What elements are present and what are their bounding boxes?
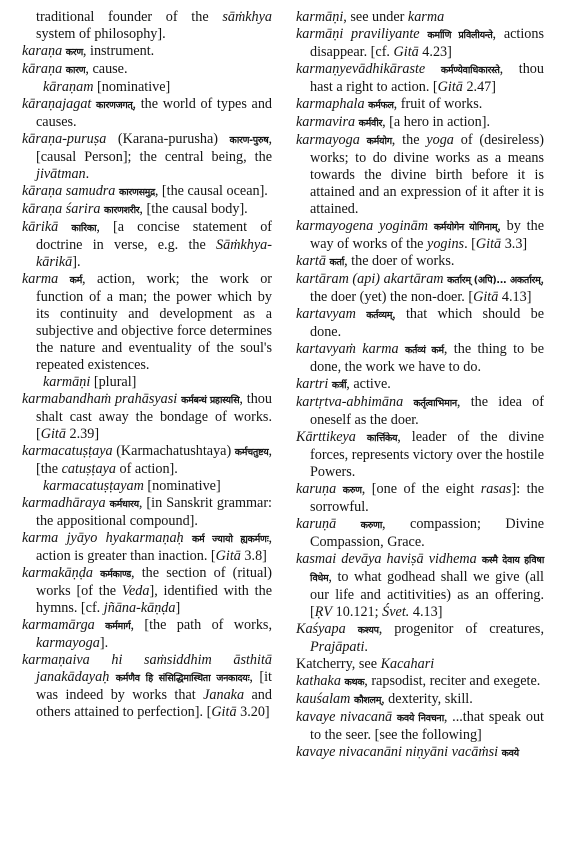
- devanagari-term: कौशलम्: [354, 695, 381, 706]
- headword: kāraṇa samudra: [22, 183, 115, 199]
- definition-text: . [: [464, 236, 476, 252]
- definition-text: 3.20]: [237, 704, 270, 720]
- headword: karmayoga: [296, 132, 360, 148]
- headword: kathaka: [296, 673, 341, 689]
- devanagari-term: कश्यप: [358, 625, 379, 636]
- headword: kavaye nivacanāni niṇyāni vacāṁsi: [296, 744, 498, 760]
- definition-text: 2.47]: [463, 79, 496, 95]
- dictionary-entry: kāraṇa कारण, cause.: [22, 61, 272, 79]
- devanagari-term: करुणा: [361, 520, 382, 531]
- headword: kāraṇa-puruṣa: [22, 131, 106, 147]
- definition-text: , cause.: [85, 61, 127, 77]
- italic-term: Śvet.: [382, 604, 409, 620]
- definition-text: , see under: [343, 9, 408, 25]
- devanagari-term: कर्म: [70, 275, 82, 286]
- italic-term: Janaka: [203, 687, 244, 703]
- dictionary-entry: Katcherry, see Kacahari: [296, 656, 544, 673]
- devanagari-term: कारण-पुरुष: [230, 135, 269, 146]
- italic-term: yoga: [426, 132, 454, 148]
- italic-term: kāraṇam: [43, 79, 93, 95]
- italic-term: sāṁkhya: [222, 9, 272, 25]
- italic-term: karmayoga: [36, 635, 100, 651]
- definition-text: , [the causal ocean].: [155, 183, 268, 199]
- italic-term: jñāna-kāṇḍa: [104, 600, 176, 616]
- dictionary-entry: kāraṇa samudra कारणसमुद्र, [the causal o…: [22, 183, 272, 201]
- devanagari-term: कर्मधारय: [110, 499, 139, 510]
- headword: Kārttikeya: [296, 429, 356, 445]
- devanagari-term: कर्मफल: [368, 100, 394, 111]
- headword: karmāṇi praviliyante: [296, 26, 420, 42]
- devanagari-term: कर्मणैव हि संसिद्धिमास्थिता जनकादयः: [116, 673, 250, 684]
- dictionary-entry: karmamārga कर्ममार्ग, [the path of works…: [22, 617, 272, 652]
- headword: kartṛtva-abhimāna: [296, 394, 403, 410]
- dictionary-entry: traditional founder of the sāṁkhya syste…: [22, 9, 272, 43]
- dictionary-entry: karmabandhaṁ prahāsyasi कर्मबन्धं प्रहास…: [22, 391, 272, 443]
- dictionary-entry: karmaṇaiva hi saṁsiddhim āsthitā janakād…: [22, 652, 272, 721]
- devanagari-term: कर्ममार्ग: [105, 621, 130, 632]
- definition-text: , fruit of works.: [394, 96, 483, 112]
- devanagari-term: कर्मबन्धं प्रहास्यसि: [181, 395, 239, 406]
- headword: karmaṇyevādhikāraste: [296, 61, 425, 77]
- italic-term: karmacatuṣṭayam: [43, 478, 144, 494]
- definition-text: 4.23]: [419, 44, 452, 60]
- definition-text: of action].: [116, 461, 178, 477]
- definition-text: .: [364, 639, 368, 655]
- dictionary-entry: kavaye nivacanā कवये निवचना, ...that spe…: [296, 709, 544, 744]
- headword: karma jyāyo hyakarmaṇaḥ: [22, 530, 184, 546]
- definition-text: , [a hero in action].: [382, 114, 490, 130]
- devanagari-term: कवये निवचना: [397, 713, 444, 724]
- definition-text: [nominative]: [144, 478, 221, 494]
- italic-term: rasas: [481, 481, 512, 497]
- italic-term: Gitā: [438, 79, 463, 95]
- definition-text: (Karana-purusha): [106, 131, 229, 147]
- dictionary-entry: kartavyam कर्तव्यम्, that which should b…: [296, 306, 544, 341]
- definition-text: 4.13]: [409, 604, 442, 620]
- headword: kartri: [296, 376, 328, 392]
- dictionary-entry: kasmai devāya haviṣā vidhema कस्मै देवाय…: [296, 551, 544, 621]
- definition-text: Katcherry, see: [296, 656, 381, 672]
- definition-text: , active.: [346, 376, 391, 392]
- devanagari-term: कर्म ज्यायो ह्यकर्मणः: [192, 534, 268, 545]
- sub-entry: karmacatuṣṭayam [nominative]: [22, 478, 272, 495]
- headword: kāraṇa: [22, 61, 62, 77]
- dictionary-entry: kāraṇa-puruṣa (Karana-purusha) कारण-पुरु…: [22, 131, 272, 183]
- definition-text: ].: [100, 635, 108, 651]
- italic-term: catuṣṭaya: [62, 461, 116, 477]
- headword: kārikā: [22, 219, 58, 235]
- italic-term: Veda: [122, 583, 150, 599]
- definition-text: , the: [392, 132, 427, 148]
- devanagari-term: कर्मचतुष्टय: [235, 447, 269, 458]
- definition-text: , instrument.: [83, 43, 154, 59]
- devanagari-term: कर्माणि प्रविलीयन्ते: [427, 30, 492, 41]
- headword: karuṇa: [296, 481, 336, 497]
- headword: kartavyaṁ karma: [296, 341, 399, 357]
- headword: karaṇa: [22, 43, 62, 59]
- dictionary-entry: karmaṇyevādhikāraste कर्मण्येवाधिकारस्ते…: [296, 61, 544, 96]
- italic-term: Gitā: [211, 704, 236, 720]
- dictionary-entry: karmāṇi, see under karma: [296, 9, 544, 26]
- dictionary-page: traditional founder of the sāṁkhya syste…: [0, 0, 564, 843]
- devanagari-term: कारिका: [71, 223, 96, 234]
- devanagari-term: कर्त्री: [332, 380, 346, 391]
- dictionary-entry: karmayoga कर्मयोग, the yoga of (desirele…: [296, 132, 544, 218]
- headword: karmacatuṣṭaya: [22, 443, 113, 459]
- italic-term: karma: [408, 9, 444, 25]
- devanagari-term: कवये: [502, 748, 519, 759]
- dictionary-entry: karmayogena yoginām कर्मयोगेन योगिनाम्, …: [296, 218, 544, 253]
- devanagari-term: कर्ता: [330, 257, 345, 268]
- dictionary-entry: karmavira कर्मवीर, [a hero in action].: [296, 114, 544, 132]
- headword: kartavyam: [296, 306, 356, 322]
- devanagari-term: कथक: [344, 677, 364, 688]
- headword: karmabandhaṁ prahāsyasi: [22, 391, 177, 407]
- right-column: karmāṇi, see under karmakarmāṇi praviliy…: [296, 9, 544, 762]
- dictionary-entry: kartāram (api) akartāram कर्तारम् (अपि).…: [296, 271, 544, 306]
- devanagari-term: अकर्तारम्: [510, 275, 541, 286]
- headword: kartā: [296, 253, 326, 269]
- dictionary-entry: karaṇa करण, instrument.: [22, 43, 272, 61]
- italic-term: Gitā: [473, 289, 498, 305]
- definition-text: .: [86, 166, 90, 182]
- sub-entry: kāraṇam [nominative]: [22, 79, 272, 96]
- dictionary-entry: kartṛtva-abhimāna कर्तृत्वाभिमान, the id…: [296, 394, 544, 429]
- devanagari-term: कारण: [66, 65, 86, 76]
- italic-term: Gitā: [476, 236, 501, 252]
- dictionary-entry: kartā कर्ता, the doer of works.: [296, 253, 544, 271]
- headword: karmavira: [296, 114, 355, 130]
- headword: kāraṇajagat: [22, 96, 91, 112]
- dictionary-entry: kāraṇajagat कारणजगत्, the world of types…: [22, 96, 272, 131]
- headword: kāraṇa śarira: [22, 201, 100, 217]
- italic-term: Gitā: [394, 44, 419, 60]
- dictionary-entry: karmakāṇḍa कर्मकाण्ड, the section of (ri…: [22, 565, 272, 617]
- dictionary-entry: Kaśyapa कश्यप, progenitor of creatures, …: [296, 621, 544, 656]
- definition-text: 10.121;: [332, 604, 382, 620]
- devanagari-term: कर्तव्यं कर्म: [405, 345, 444, 356]
- dictionary-entry: karma कर्म, action, work; the work or fu…: [22, 271, 272, 374]
- definition-text: ]: [176, 600, 181, 616]
- dictionary-entry: kārikā कारिका, [a concise statement of d…: [22, 219, 272, 271]
- headword: karmāṇi: [296, 9, 343, 25]
- italic-term: Gitā: [41, 426, 66, 442]
- definition-text: , [one of the eight: [362, 481, 481, 497]
- headword: karmaphala: [296, 96, 365, 112]
- headword: kavaye nivacanā: [296, 709, 392, 725]
- italic-term: Gitā: [216, 548, 241, 564]
- definition-text: ].: [72, 254, 80, 270]
- headword: Kaśyapa: [296, 621, 346, 637]
- headword: kauśalam: [296, 691, 350, 707]
- dictionary-entry: karmacatuṣṭaya (Karmachatushtaya) कर्मचत…: [22, 443, 272, 478]
- dictionary-entry: kāraṇa śarira कारणशरीर, [the causal body…: [22, 201, 272, 219]
- devanagari-term: कर्मण्येवाधिकारस्ते: [441, 65, 500, 76]
- devanagari-term: कारणशरीर: [104, 205, 139, 216]
- definition-text: 2.39]: [66, 426, 99, 442]
- dictionary-entry: karmaphala कर्मफल, fruit of works.: [296, 96, 544, 114]
- headword: karma: [22, 271, 58, 287]
- definition-text: , [the causal body].: [139, 201, 247, 217]
- definition-text: , action, work; the work or function of …: [36, 271, 272, 373]
- definition-text: traditional founder of the: [36, 9, 222, 25]
- italic-term: ṚV: [315, 604, 332, 620]
- definition-text: 3.3]: [501, 236, 527, 252]
- italic-term: jivātman: [36, 166, 86, 182]
- sub-entry: karmāṇi [plural]: [22, 374, 272, 391]
- definition-text: system of philosophy].: [36, 26, 166, 42]
- dictionary-entry: kauśalam कौशलम्, dexterity, skill.: [296, 691, 544, 709]
- dictionary-entry: kartavyaṁ karma कर्तव्यं कर्म, the thing…: [296, 341, 544, 376]
- devanagari-term: कर्तव्यम्: [366, 310, 392, 321]
- dictionary-entry: kavaye nivacanāni niṇyāni vacāṁsi कवये: [296, 744, 544, 762]
- headword: karmayogena yoginām: [296, 218, 428, 234]
- definition-text: 4.13]: [498, 289, 531, 305]
- left-column: traditional founder of the sāṁkhya syste…: [22, 9, 272, 721]
- dictionary-entry: kartri कर्त्री, active.: [296, 376, 544, 394]
- definition-text: (Karmachatushtaya): [113, 443, 235, 459]
- dictionary-entry: Kārttikeya कार्त्तिकेय, leader of the di…: [296, 429, 544, 481]
- italic-term: yogins: [427, 236, 464, 252]
- devanagari-term: कर्तारम् (अपि)...: [447, 275, 506, 286]
- devanagari-term: कर्तृत्वाभिमान: [413, 398, 456, 409]
- dictionary-entry: karuṇā करुणा, compassion; Divine Compass…: [296, 516, 544, 551]
- definition-text: 3.8]: [241, 548, 267, 564]
- definition-text: , rapsodist, reciter and exegete.: [364, 673, 540, 689]
- devanagari-term: कार्त्तिकेय: [367, 433, 397, 444]
- headword: karmakāṇḍa: [22, 565, 93, 581]
- italic-term: karmāṇi: [43, 374, 90, 390]
- devanagari-term: करण: [66, 47, 83, 58]
- definition-text: [nominative]: [93, 79, 170, 95]
- headword: karmadhāraya: [22, 495, 106, 511]
- dictionary-entry: karmāṇi praviliyante कर्माणि प्रविलीयन्त…: [296, 26, 544, 61]
- dictionary-entry: karuṇa करुण, [one of the eight rasas]: t…: [296, 481, 544, 516]
- definition-text: [plural]: [90, 374, 136, 390]
- devanagari-term: कर्मकाण्ड: [100, 569, 131, 580]
- definition-text: , [the path of works,: [130, 617, 272, 633]
- headword: kartāram (api) akartāram: [296, 271, 444, 287]
- definition-text: , the doer of works.: [344, 253, 454, 269]
- headword: kasmai devāya haviṣā vidhema: [296, 551, 477, 567]
- devanagari-term: कारणसमुद्र: [119, 187, 155, 198]
- devanagari-term: कर्मयोगेन योगिनाम्: [434, 222, 497, 233]
- italic-term: Kacahari: [381, 656, 435, 672]
- devanagari-term: करुण: [343, 485, 362, 496]
- headword: karuṇā: [296, 516, 336, 532]
- italic-term: Prajāpati: [310, 639, 364, 655]
- definition-text: , dexterity, skill.: [381, 691, 473, 707]
- definition-text: , compassion; Divine Compassion, Grace.: [310, 516, 544, 550]
- devanagari-term: कारणजगत्: [96, 100, 133, 111]
- dictionary-entry: karmadhāraya कर्मधारय, [in Sanskrit gram…: [22, 495, 272, 530]
- dictionary-entry: kathaka कथक, rapsodist, reciter and exeg…: [296, 673, 544, 691]
- definition-text: , progenitor of creatures,: [379, 621, 544, 637]
- dictionary-entry: karma jyāyo hyakarmaṇaḥ कर्म ज्यायो ह्यक…: [22, 530, 272, 565]
- headword: karmamārga: [22, 617, 95, 633]
- devanagari-term: कर्मवीर: [359, 118, 382, 129]
- devanagari-term: कर्मयोग: [367, 136, 392, 147]
